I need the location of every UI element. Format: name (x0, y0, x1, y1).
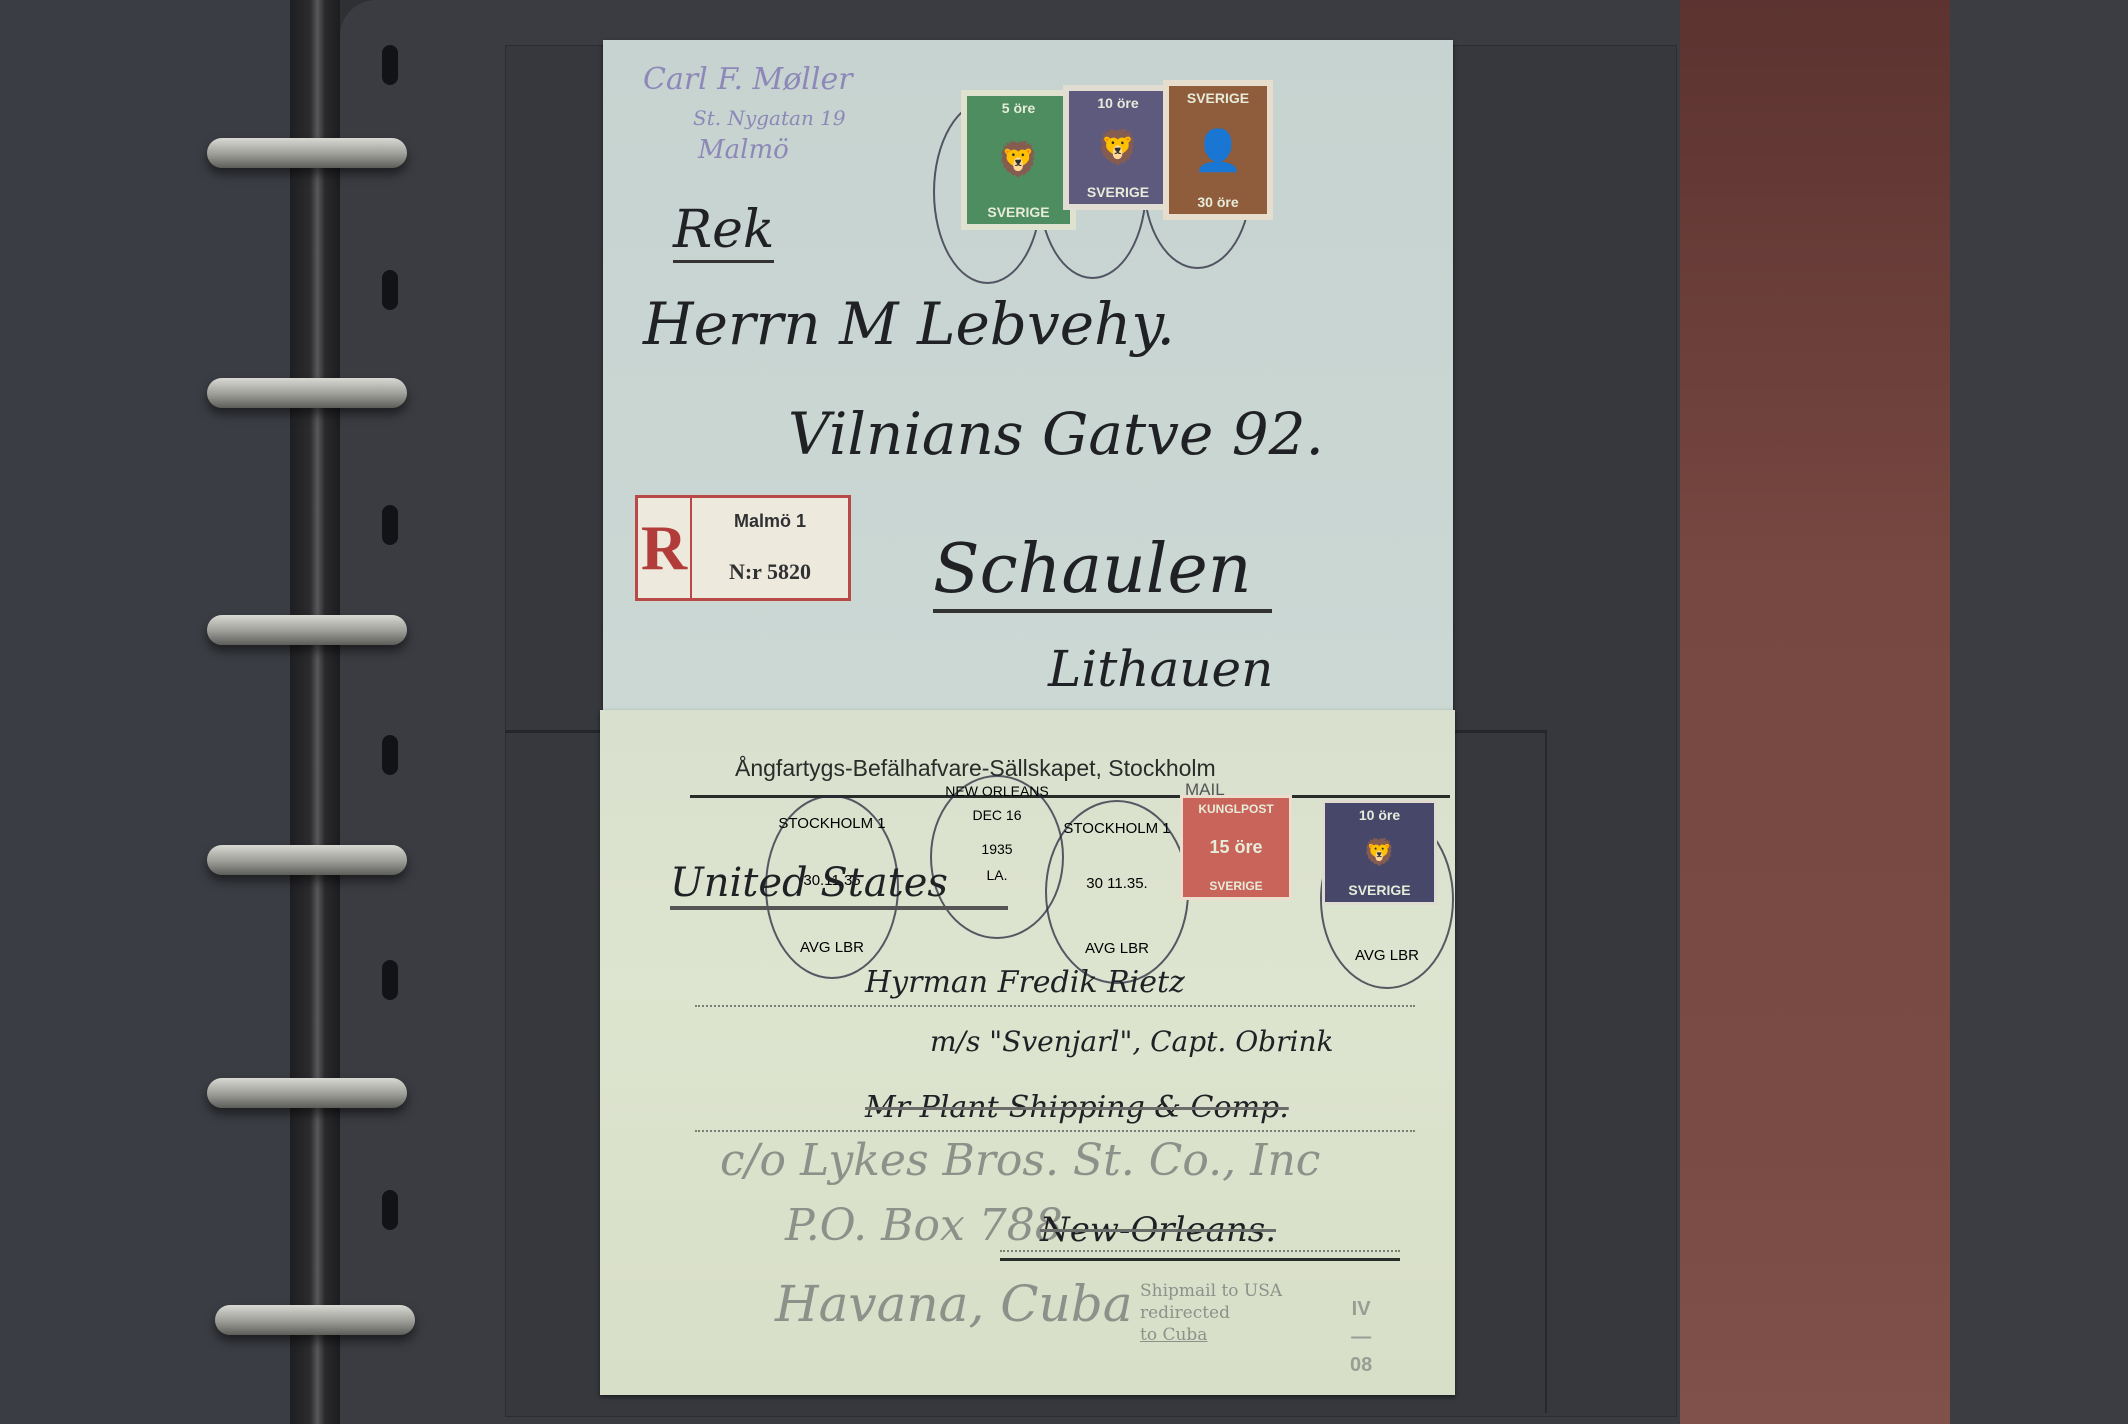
sender-name: Carl F. Møller (643, 62, 853, 97)
side-mark: — (1350, 1323, 1372, 1351)
address-rule (695, 1005, 1415, 1007)
binder-ring (207, 1078, 407, 1108)
postmark-date: DEC 16 (932, 807, 1062, 823)
annotation-line: to Cuba (1140, 1324, 1282, 1346)
address-city: Schaulen (933, 530, 1272, 613)
binder-cover-red-band (1680, 0, 1950, 1424)
redirect-line-1: c/o Lykes Bros. St. Co., Inc (720, 1135, 1320, 1186)
letterhead-rule (690, 795, 1450, 798)
punch-hole (382, 1190, 398, 1230)
stamp-value: 5 öre (1002, 100, 1035, 116)
registration-number-value: 5820 (767, 559, 811, 584)
postmark-year: 1935 (932, 841, 1062, 857)
address-line-2: Vilnians Gatve 92. (788, 400, 1324, 468)
punch-hole (382, 270, 398, 310)
postmark-top: NEW ORLEANS (932, 783, 1062, 799)
stamp-side-text: KUNGLPOST (1198, 802, 1273, 816)
sender-city: Malmö (698, 135, 789, 165)
registration-number-label: N:r (729, 559, 762, 584)
cover-top-envelope: Carl F. Møller St. Nygatan 19 Malmö Rek … (603, 40, 1453, 720)
stamp-value: 30 öre (1197, 194, 1238, 210)
postmark-bottom: AVG LBR (1047, 940, 1187, 957)
address-rule-solid (1000, 1258, 1400, 1261)
postmark-new-orleans: NEW ORLEANS DEC 16 1935 LA. (930, 775, 1064, 939)
stamp-country: SVERIGE (1348, 882, 1410, 898)
routing-note-rek: Rek (673, 200, 774, 263)
binder-ring (215, 1305, 415, 1335)
binder-spine (290, 0, 340, 1424)
stamp-15-ore: KUNGLPOST 15 öre SVERIGE (1180, 795, 1292, 900)
address-line-3-struck: Mr Plant-Shipping & Comp. (865, 1090, 1289, 1125)
registration-office: Malmö 1 (734, 511, 806, 532)
sender-street: St. Nygatan 19 (693, 106, 846, 130)
cover-bottom-envelope: Ångfartygs-Befälhafvare-Sällskapet, Stoc… (600, 710, 1455, 1395)
king-portrait-icon: 👤 (1193, 127, 1243, 174)
postmark-bottom: AVG LBR (1322, 947, 1452, 964)
lion-icon: 🦁 (1363, 837, 1395, 868)
binder-ring (207, 378, 407, 408)
stamp-country: SVERIGE (1187, 90, 1249, 106)
stamp-value: 10 öre (1097, 95, 1138, 111)
lion-icon: 🦁 (997, 140, 1039, 180)
address-rule (1000, 1250, 1400, 1252)
stamp-value: 15 öre (1209, 837, 1262, 858)
binder-ring (207, 615, 407, 645)
stamp-30-ore: SVERIGE 👤 30 öre (1163, 80, 1273, 220)
redirect-line-2: P.O. Box 788 (785, 1200, 1063, 1251)
binder-ring (207, 138, 407, 168)
address-line-1: Herrn M Lebvehy. (643, 290, 1175, 358)
annotation-line: Shipmail to USA (1140, 1280, 1282, 1302)
stamp-country: SVERIGE (1087, 184, 1149, 200)
stamp-country: SVERIGE (1209, 879, 1262, 893)
routing-note-united-states: United States (670, 860, 1008, 910)
registration-label: R Malmö 1 N:r 5820 (635, 495, 851, 601)
registration-letter: R (638, 498, 692, 598)
stamp-10-ore: 10 öre 🦁 SVERIGE (1063, 85, 1173, 210)
punch-hole (382, 505, 398, 545)
lion-icon: 🦁 (1097, 128, 1139, 168)
stamp-10-ore: 10 öre 🦁 SVERIGE (1322, 800, 1437, 905)
letterhead: Ångfartygs-Befälhafvare-Sällskapet, Stoc… (735, 755, 1216, 782)
stamp-country: SVERIGE (987, 204, 1049, 220)
stamp-5-ore: 5 öre 🦁 SVERIGE (961, 90, 1076, 230)
punch-hole (382, 45, 398, 85)
postmark-top: STOCKHOLM 1 (1047, 820, 1187, 837)
postmark-bottom: AVG LBR (767, 939, 897, 956)
collector-annotation: Shipmail to USA redirected to Cuba (1140, 1280, 1282, 1346)
binder-ring (207, 845, 407, 875)
punch-hole (382, 960, 398, 1000)
address-line-2: m/s "Svenjarl", Capt. Obrink (930, 1025, 1333, 1058)
redirect-line-3: Havana, Cuba (775, 1275, 1133, 1333)
postmark-date: 30 11.35. (1047, 875, 1187, 892)
postmark-top: STOCKHOLM 1 (767, 815, 897, 832)
side-mark: IV (1350, 1295, 1372, 1323)
side-mark: 08 (1350, 1351, 1372, 1379)
address-country: Lithauen (1048, 640, 1273, 698)
address-rule (695, 1130, 1415, 1132)
address-city-struck: New-Orleans. (1040, 1210, 1276, 1250)
address-line-1: Hyrman Fredik Rietz (865, 965, 1185, 1000)
side-marks: IV — 08 (1350, 1295, 1372, 1379)
stamp-value: 10 öre (1359, 807, 1400, 823)
binder-left-page (0, 0, 300, 1424)
punch-hole (382, 735, 398, 775)
annotation-line: redirected (1140, 1302, 1282, 1324)
binder-cover-right (1950, 0, 2128, 1424)
postmark-stockholm: STOCKHOLM 1 30 11.35. AVG LBR (1045, 800, 1189, 984)
registration-number: N:r 5820 (729, 559, 811, 585)
